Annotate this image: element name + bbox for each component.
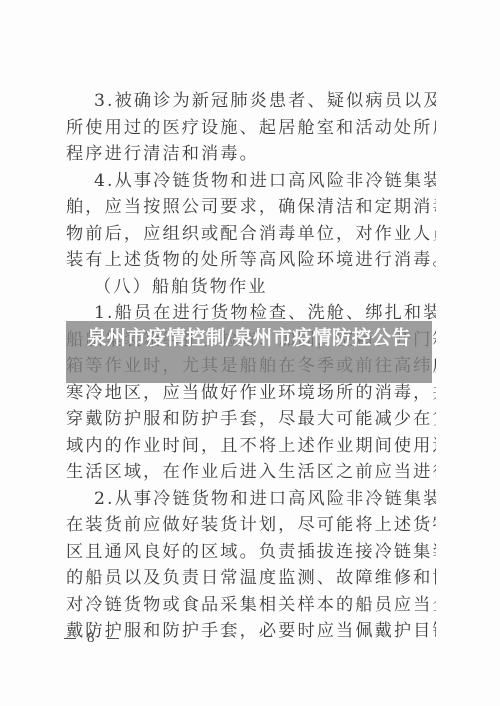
page-number-value: 8: [87, 629, 96, 647]
text-line: 舶，应当按照公司要求，确保清洁和定期消毒；在装运相关货: [66, 194, 436, 220]
text-line: 戴防护服和防护手套，必要时应当佩戴护目镜和面屏，且船员: [66, 618, 436, 644]
text-line: 2.从事冷链货物和进口高风险非冷链集装箱货物运输船舶，: [66, 486, 436, 512]
text-line: 区且通风良好的区域。负责插拔连接冷链集装箱制冷装置电缆: [66, 539, 436, 565]
text-line: 对冷链货物或食品采集相关样本的船员应当全程佩戴口罩、穿: [66, 592, 436, 618]
banner-title: 泉州市疫情控制/泉州市疫情防控公告: [66, 321, 432, 353]
text-line: 域内的作业时间，且不将上述作业期间使用过的防护装备带入: [66, 433, 436, 459]
page-number-dash-right: [107, 638, 119, 639]
text-line: 所使用过的医疗设施、起居舱室和活动处所应每天按照规定的: [66, 115, 436, 141]
text-line: 生活区域，在作业后进入生活区之前应当进行全面的个人消毒；: [66, 459, 436, 485]
text-line: 3.被确诊为新冠肺炎患者、疑似病员以及与之密切接触人员: [66, 88, 436, 114]
title-overlay-banner: 泉州市疫情控制/泉州市疫情防控公告: [66, 321, 432, 383]
page-number: 8: [64, 628, 119, 647]
text-line: 的船员以及负责日常温度监测、故障维修和协助港口主管机关: [66, 565, 436, 591]
text-line: 装有上述货物的处所等高风险环境进行消毒。: [66, 247, 436, 273]
text-line: 穿戴防护服和防护手套，尽最大可能减少在货舱或其他围蔽区: [66, 406, 436, 432]
section-heading: （八）船舶货物作业: [66, 274, 436, 300]
text-line: 寒冷地区，应当做好作业环境场所的消毒，并全程佩戴口罩、: [66, 380, 436, 406]
text-line: 物前后，应组织或配合消毒单位，对作业人员可能接触的部位、: [66, 221, 436, 247]
text-line: 程序进行清洁和消毒。: [66, 141, 436, 167]
text-line: 在装货前应做好装货计划，尽可能将上述货物安排在远离生活: [66, 512, 436, 538]
page-number-dash-left: [64, 638, 76, 639]
document-page: 3.被确诊为新冠肺炎患者、疑似病员以及与之密切接触人员 所使用过的医疗设施、起居…: [0, 0, 500, 706]
text-line: 4.从事冷链货物和进口高风险非冷链集装箱货物运输的船: [66, 168, 436, 194]
